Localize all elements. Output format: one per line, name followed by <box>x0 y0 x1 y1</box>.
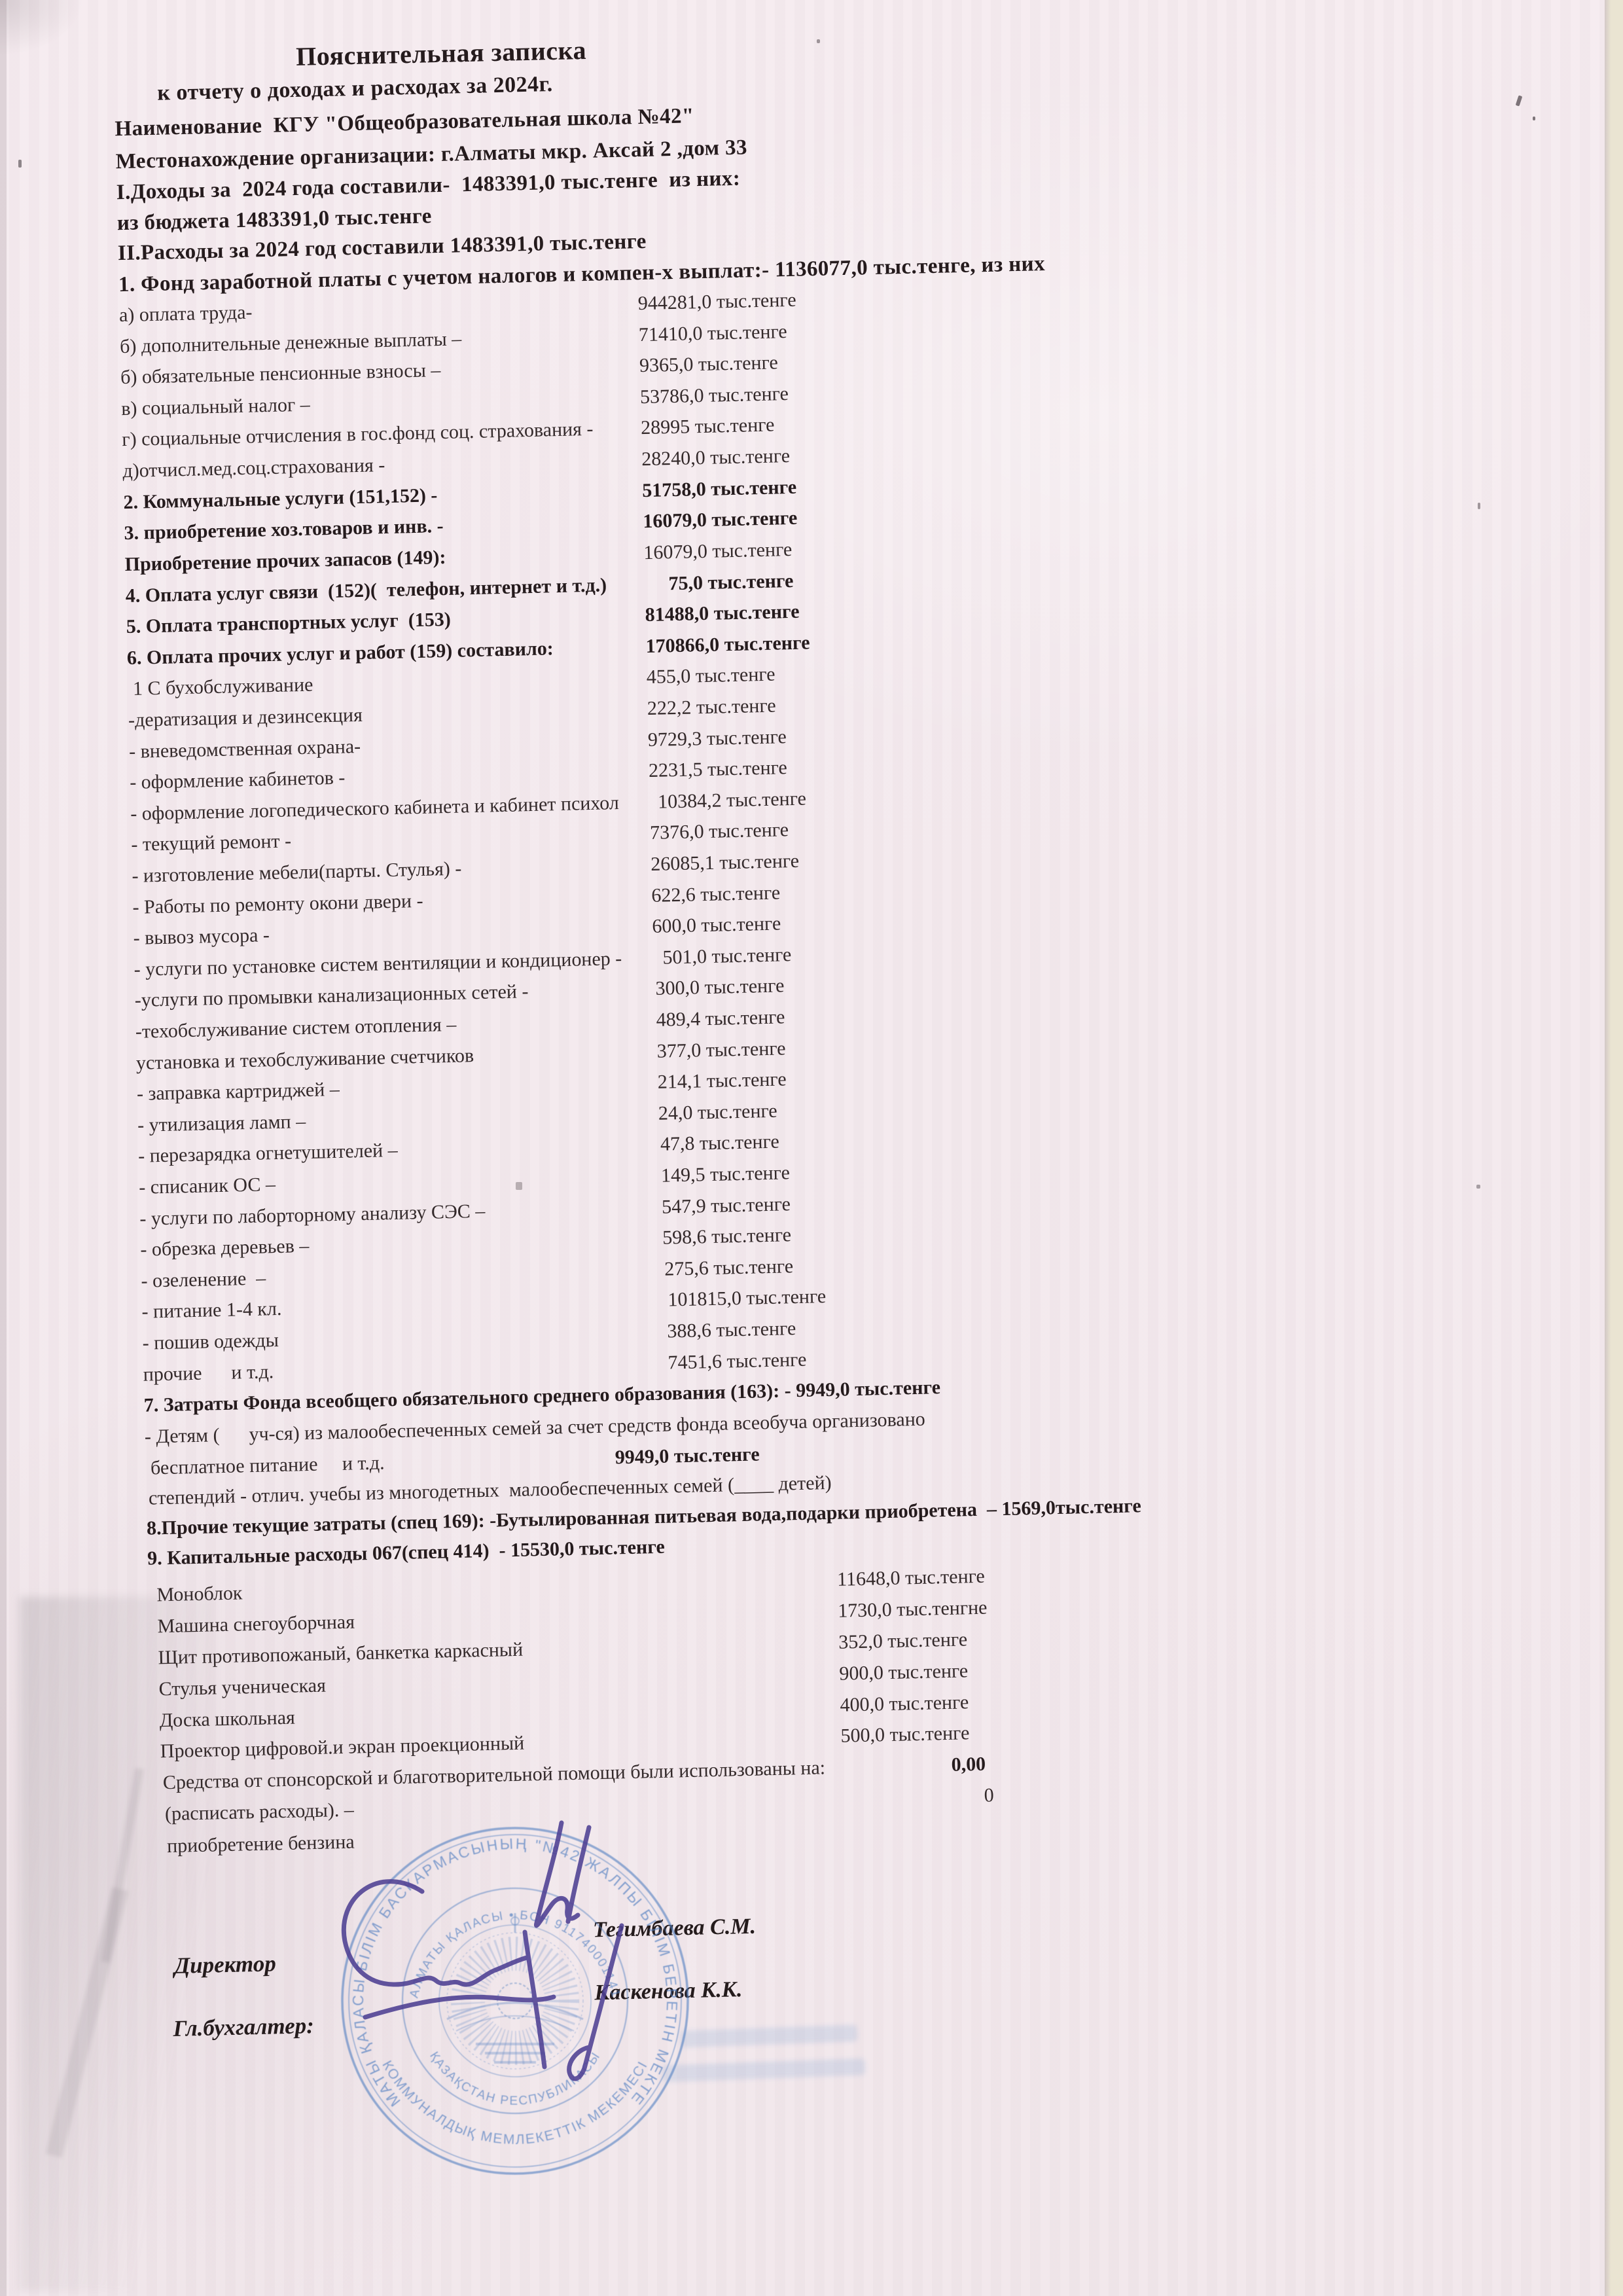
report-line: - вневедомственная охрана-9729,3 тыс.тен… <box>129 736 361 763</box>
signature-director <box>344 1882 527 1985</box>
report-line: 1 С бухобслуживание455,0 тыс.тенге <box>133 674 313 700</box>
line-value: 222,2 тыс.тенге <box>647 695 776 720</box>
line-label: 5. Оплата транспортных услуг (153) <box>126 609 451 637</box>
report-line: Приобретение прочих запасов (149):16079,… <box>124 547 446 576</box>
report-line: а) оплата труда-944281,0 тыс.тенге <box>119 302 253 327</box>
line-label: - изготовление мебели(парты. Стулья) - <box>132 858 462 887</box>
line-label: - утилизация ламп – <box>137 1111 306 1136</box>
line-label: - перезарядка огнетушителей – <box>138 1139 398 1167</box>
line-value: 2231,5 тыс.тенге <box>649 757 788 781</box>
line-value: 400,0 тыс.тенге <box>840 1691 969 1716</box>
report-line: - озеленение –275,6 тыс.тенге <box>141 1267 266 1292</box>
line-label: Проектор цифровой.и экран проекционный <box>160 1732 524 1763</box>
report-line: Стулья ученическая900,0 тыс.тенге <box>158 1675 326 1700</box>
line-label: прочие и т.д. <box>143 1361 274 1386</box>
report-line: к отчету о доходах и расходах за 2024г. <box>157 72 553 106</box>
line-value: 214,1 тыс.тенге <box>657 1068 787 1093</box>
line-label: - заправка картриджей – <box>137 1079 340 1105</box>
report-line: - Работы по ремонту окони двери -622,6 т… <box>132 890 423 919</box>
report-line: 9. Капитальные расходы 067(спец 414) - 1… <box>147 1536 665 1570</box>
line-value: 28995 тыс.тенге <box>641 414 775 439</box>
line-label: Наименование КГУ "Общеобразовательная шк… <box>115 104 694 141</box>
line-label: в) социальный налог – <box>121 394 310 420</box>
line-label: Пояснительная записка <box>296 35 587 71</box>
line-value: 75,0 тыс.тенге <box>668 570 794 595</box>
report-line: - пошив одежды388,6 тыс.тенге <box>142 1329 279 1354</box>
line-value: 0 <box>984 1784 994 1806</box>
line-value: 501,0 тыс.тенге <box>662 944 792 969</box>
report-line: II.Расходы за 2024 год составили 1483391… <box>117 230 647 266</box>
report-line: -услуги по промывки канализационных сете… <box>134 980 528 1011</box>
report-line: 2. Коммунальные услуги (151,152) -51758,… <box>123 484 438 513</box>
line-value: 300,0 тыс.тенге <box>655 975 785 999</box>
line-label: Доска школьная <box>159 1707 295 1732</box>
line-value: 275,6 тыс.тенге <box>664 1255 794 1280</box>
signature-accountant-crossbar <box>365 1997 554 2017</box>
line-label: - обрезка деревьев – <box>140 1235 310 1261</box>
report-line: - обрезка деревьев –598,6 тыс.тенге <box>140 1235 310 1261</box>
signature-accountant <box>569 1926 622 2079</box>
line-label: к отчету о доходах и расходах за 2024г. <box>157 72 553 105</box>
line-label: - пошив одежды <box>142 1329 279 1354</box>
report-line: Пояснительная записка <box>296 36 587 72</box>
report-line: - текущий ремонт -7376,0 тыс.тенге <box>131 830 291 855</box>
director-label: Директор <box>174 1951 276 1979</box>
line-label: - вывоз мусора - <box>133 924 270 949</box>
line-value: 7451,6 тыс.тенге <box>668 1349 807 1374</box>
line-label: - Детям ( уч-ся) из малообеспеченных сем… <box>145 1408 925 1448</box>
report-line: 4. Оплата услуг связи (152)( телефон, ин… <box>125 574 607 607</box>
line-value: 0,00 <box>951 1753 986 1776</box>
report-line: - Детям ( уч-ся) из малообеспеченных сем… <box>145 1408 926 1448</box>
line-label: - питание 1-4 кл. <box>141 1298 282 1323</box>
line-label: I.Доходы за 2024 года составили- 1483391… <box>116 167 740 205</box>
line-label: 4. Оплата услуг связи (152)( телефон, ин… <box>125 574 607 607</box>
line-label: 6. Оплата прочих услуг и работ (159) сос… <box>127 637 554 669</box>
line-label: -дератизация и дезинсекция <box>128 704 363 731</box>
line-value: 547,9 тыс.тенге <box>662 1193 791 1218</box>
line-label: степендий - отлич. учебы из многодетных … <box>149 1472 832 1509</box>
report-line: I.Доходы за 2024 года составили- 1483391… <box>116 167 740 206</box>
line-value: 53786,0 тыс.тенге <box>640 383 789 408</box>
report-line: Машина снегоуборчная1730,0 тыс.тенгне <box>157 1611 355 1638</box>
report-line: - питание 1-4 кл.101815,0 тыс.тенге <box>141 1298 282 1323</box>
report-line: Проектор цифровой.и экран проекционный50… <box>160 1732 524 1763</box>
line-label: г) социальные отчисления в гос.фонд соц.… <box>122 418 594 450</box>
line-label: установка и техобслуживание счетчиков <box>136 1045 474 1074</box>
report-line: установка и техобслуживание счетчиков377… <box>136 1045 474 1074</box>
signature-director-strokes <box>568 1827 589 1922</box>
scanned-document-page: { "palette":{ "paper":"#f5ebef", "ink":"… <box>0 0 1623 2296</box>
line-label: 9. Капитальные расходы 067(спец 414) - 1… <box>147 1536 665 1570</box>
line-value: 944281,0 тыс.тенге <box>637 289 796 315</box>
handwritten-signatures <box>281 1787 700 2101</box>
line-value: 489,4 тыс.тенге <box>656 1006 785 1031</box>
line-value: 352,0 тыс.тенге <box>838 1628 968 1653</box>
line-label: - списаник ОС – <box>139 1174 276 1198</box>
scan-streak <box>46 1887 129 2158</box>
line-label: Машина снегоуборчная <box>157 1611 355 1638</box>
report-line: бесплатное питание и т.д.9949,0 тыс.тенг… <box>151 1452 385 1479</box>
line-value: 11648,0 тыс.тенге <box>837 1566 985 1591</box>
line-label: - текущий ремонт - <box>131 830 291 855</box>
line-value: 28240,0 тыс.тенге <box>641 445 791 471</box>
line-value: 81488,0 тыс.тенге <box>645 601 800 626</box>
line-label: -услуги по промывки канализационных сете… <box>134 980 528 1011</box>
report-line: б) дополнительные денежные выплаты –7141… <box>120 328 462 357</box>
report-line: - заправка картриджей –214,1 тыс.тенге <box>137 1079 340 1105</box>
report-line: прочие и т.д.7451,6 тыс.тенге <box>143 1361 274 1386</box>
paper-speck <box>18 160 22 168</box>
line-value: 10384,2 тыс.тенге <box>658 788 807 814</box>
line-label: - вневедомственная охрана- <box>129 736 361 762</box>
report-line: - услуги по лаборторному анализу СЭС –54… <box>139 1200 486 1230</box>
line-label: б) дополнительные денежные выплаты – <box>120 328 462 357</box>
report-line: - вывоз мусора -600,0 тыс.тенге <box>133 924 270 949</box>
line-value: 9365,0 тыс.тенге <box>639 351 779 376</box>
line-value: 455,0 тыс.тенге <box>646 664 776 689</box>
report-line: - услуги по установке систем вентиляции … <box>134 948 622 981</box>
line-value: 16079,0 тыс.тенге <box>643 539 793 564</box>
report-line: Щит противопожаный, банкетка каркасный35… <box>158 1639 523 1669</box>
line-value: 101815,0 тыс.тенге <box>668 1285 826 1311</box>
report-line: Наименование КГУ "Общеобразовательная шк… <box>115 104 694 141</box>
line-value: 51758,0 тыс.тенге <box>642 476 797 502</box>
line-value: 9729,3 тыс.тенге <box>648 726 787 751</box>
line-label: а) оплата труда- <box>119 302 253 327</box>
line-value: 900,0 тыс.тенге <box>839 1660 969 1685</box>
line-label: 3. приобретение хоз.товаров и инв. - <box>124 515 444 544</box>
report-line: в) социальный налог –53786,0 тыс.тенге <box>121 394 310 420</box>
report-line: 3. приобретение хоз.товаров и инв. -1607… <box>124 515 444 545</box>
line-label: - оформление кабинетов - <box>130 767 346 793</box>
line-value: 26085,1 тыс.тенге <box>651 850 800 876</box>
line-label: -техобслуживание систем отопления – <box>135 1014 456 1043</box>
line-label: Приобретение прочих запасов (149): <box>124 547 446 575</box>
line-value: 622,6 тыс.тенге <box>651 882 781 906</box>
report-line: 5. Оплата транспортных услуг (153)81488,… <box>126 609 451 638</box>
line-label: 1 С бухобслуживание <box>133 674 313 700</box>
line-label: из бюджета 1483391,0 тыс.тенге <box>116 204 432 235</box>
report-line: - списаник ОС –149,5 тыс.тенге <box>139 1174 276 1198</box>
report-line: Моноблок11648,0 тыс.тенге <box>156 1582 243 1606</box>
report-line: д)отчисл.мед.соц.страхования -28240,0 ты… <box>122 454 385 482</box>
line-label: - озеленение – <box>141 1267 266 1291</box>
line-value: 388,6 тыс.тенге <box>667 1318 796 1342</box>
report-line: -дератизация и дезинсекция222,2 тыс.тенг… <box>128 704 363 732</box>
report-line: Доска школьная400,0 тыс.тенге <box>159 1707 295 1732</box>
line-value: 71410,0 тыс.тенге <box>639 321 788 346</box>
line-value: 7376,0 тыс.тенге <box>650 819 789 844</box>
line-value: 9949,0 тыс.тенге <box>615 1443 760 1469</box>
scan-edge-left <box>0 0 7 2296</box>
line-value: 149,5 тыс.тенге <box>661 1162 791 1187</box>
line-label: Местонахождение организации: г.Алматы мк… <box>115 135 747 173</box>
report-line: - оформление кабинетов -2231,5 тыс.тенге <box>130 767 346 794</box>
report-line: -техобслуживание систем отопления –489,4… <box>135 1014 456 1043</box>
line-label: д)отчисл.мед.соц.страхования - <box>122 454 385 482</box>
line-label: - Работы по ремонту окони двери - <box>132 890 423 918</box>
report-line: - перезарядка огнетушителей –47,8 тыс.те… <box>138 1139 398 1168</box>
report-line: - изготовление мебели(парты. Стулья) -26… <box>132 858 462 888</box>
line-value: 47,8 тыс.тенге <box>660 1131 780 1156</box>
line-label: 2. Коммунальные услуги (151,152) - <box>123 484 438 513</box>
line-label: Моноблок <box>156 1582 243 1605</box>
report-line: из бюджета 1483391,0 тыс.тенге <box>116 204 432 236</box>
report-line: 6. Оплата прочих услуг и работ (159) сос… <box>127 637 554 669</box>
line-label: - услуги по установке систем вентиляции … <box>134 948 622 980</box>
line-value: 598,6 тыс.тенге <box>662 1224 792 1249</box>
line-value: 377,0 тыс.тенге <box>656 1037 786 1062</box>
line-label: Стулья ученическая <box>158 1675 326 1700</box>
line-value: 170866,0 тыс.тенге <box>645 632 810 657</box>
line-value: 24,0 тыс.тенге <box>658 1100 778 1125</box>
line-label: - услуги по лаборторному анализу СЭС – <box>139 1200 486 1230</box>
line-value: 1730,0 тыс.тенгне <box>838 1597 988 1623</box>
line-label: бесплатное питание и т.д. <box>151 1452 385 1479</box>
line-label: II.Расходы за 2024 год составили 1483391… <box>117 230 647 265</box>
report-line: - оформление логопедического кабинета и … <box>130 792 619 825</box>
report-line: г) социальные отчисления в гос.фонд соц.… <box>122 418 594 451</box>
line-value: 600,0 тыс.тенге <box>652 912 781 937</box>
report-line: - утилизация ламп –24,0 тыс.тенге <box>137 1111 306 1136</box>
line-value: 16079,0 тыс.тенге <box>643 507 798 533</box>
line-value: 500,0 тыс.тенге <box>840 1722 970 1747</box>
report-lines: Пояснительная запискак отчету о доходах … <box>92 0 1583 26</box>
line-label: Щит противопожаный, банкетка каркасный <box>158 1639 523 1669</box>
line-label: б) обязательные пенсионные взносы – <box>120 359 441 388</box>
report-line: б) обязательные пенсионные взносы –9365,… <box>120 359 441 389</box>
line-label: - оформление логопедического кабинета и … <box>130 792 619 825</box>
